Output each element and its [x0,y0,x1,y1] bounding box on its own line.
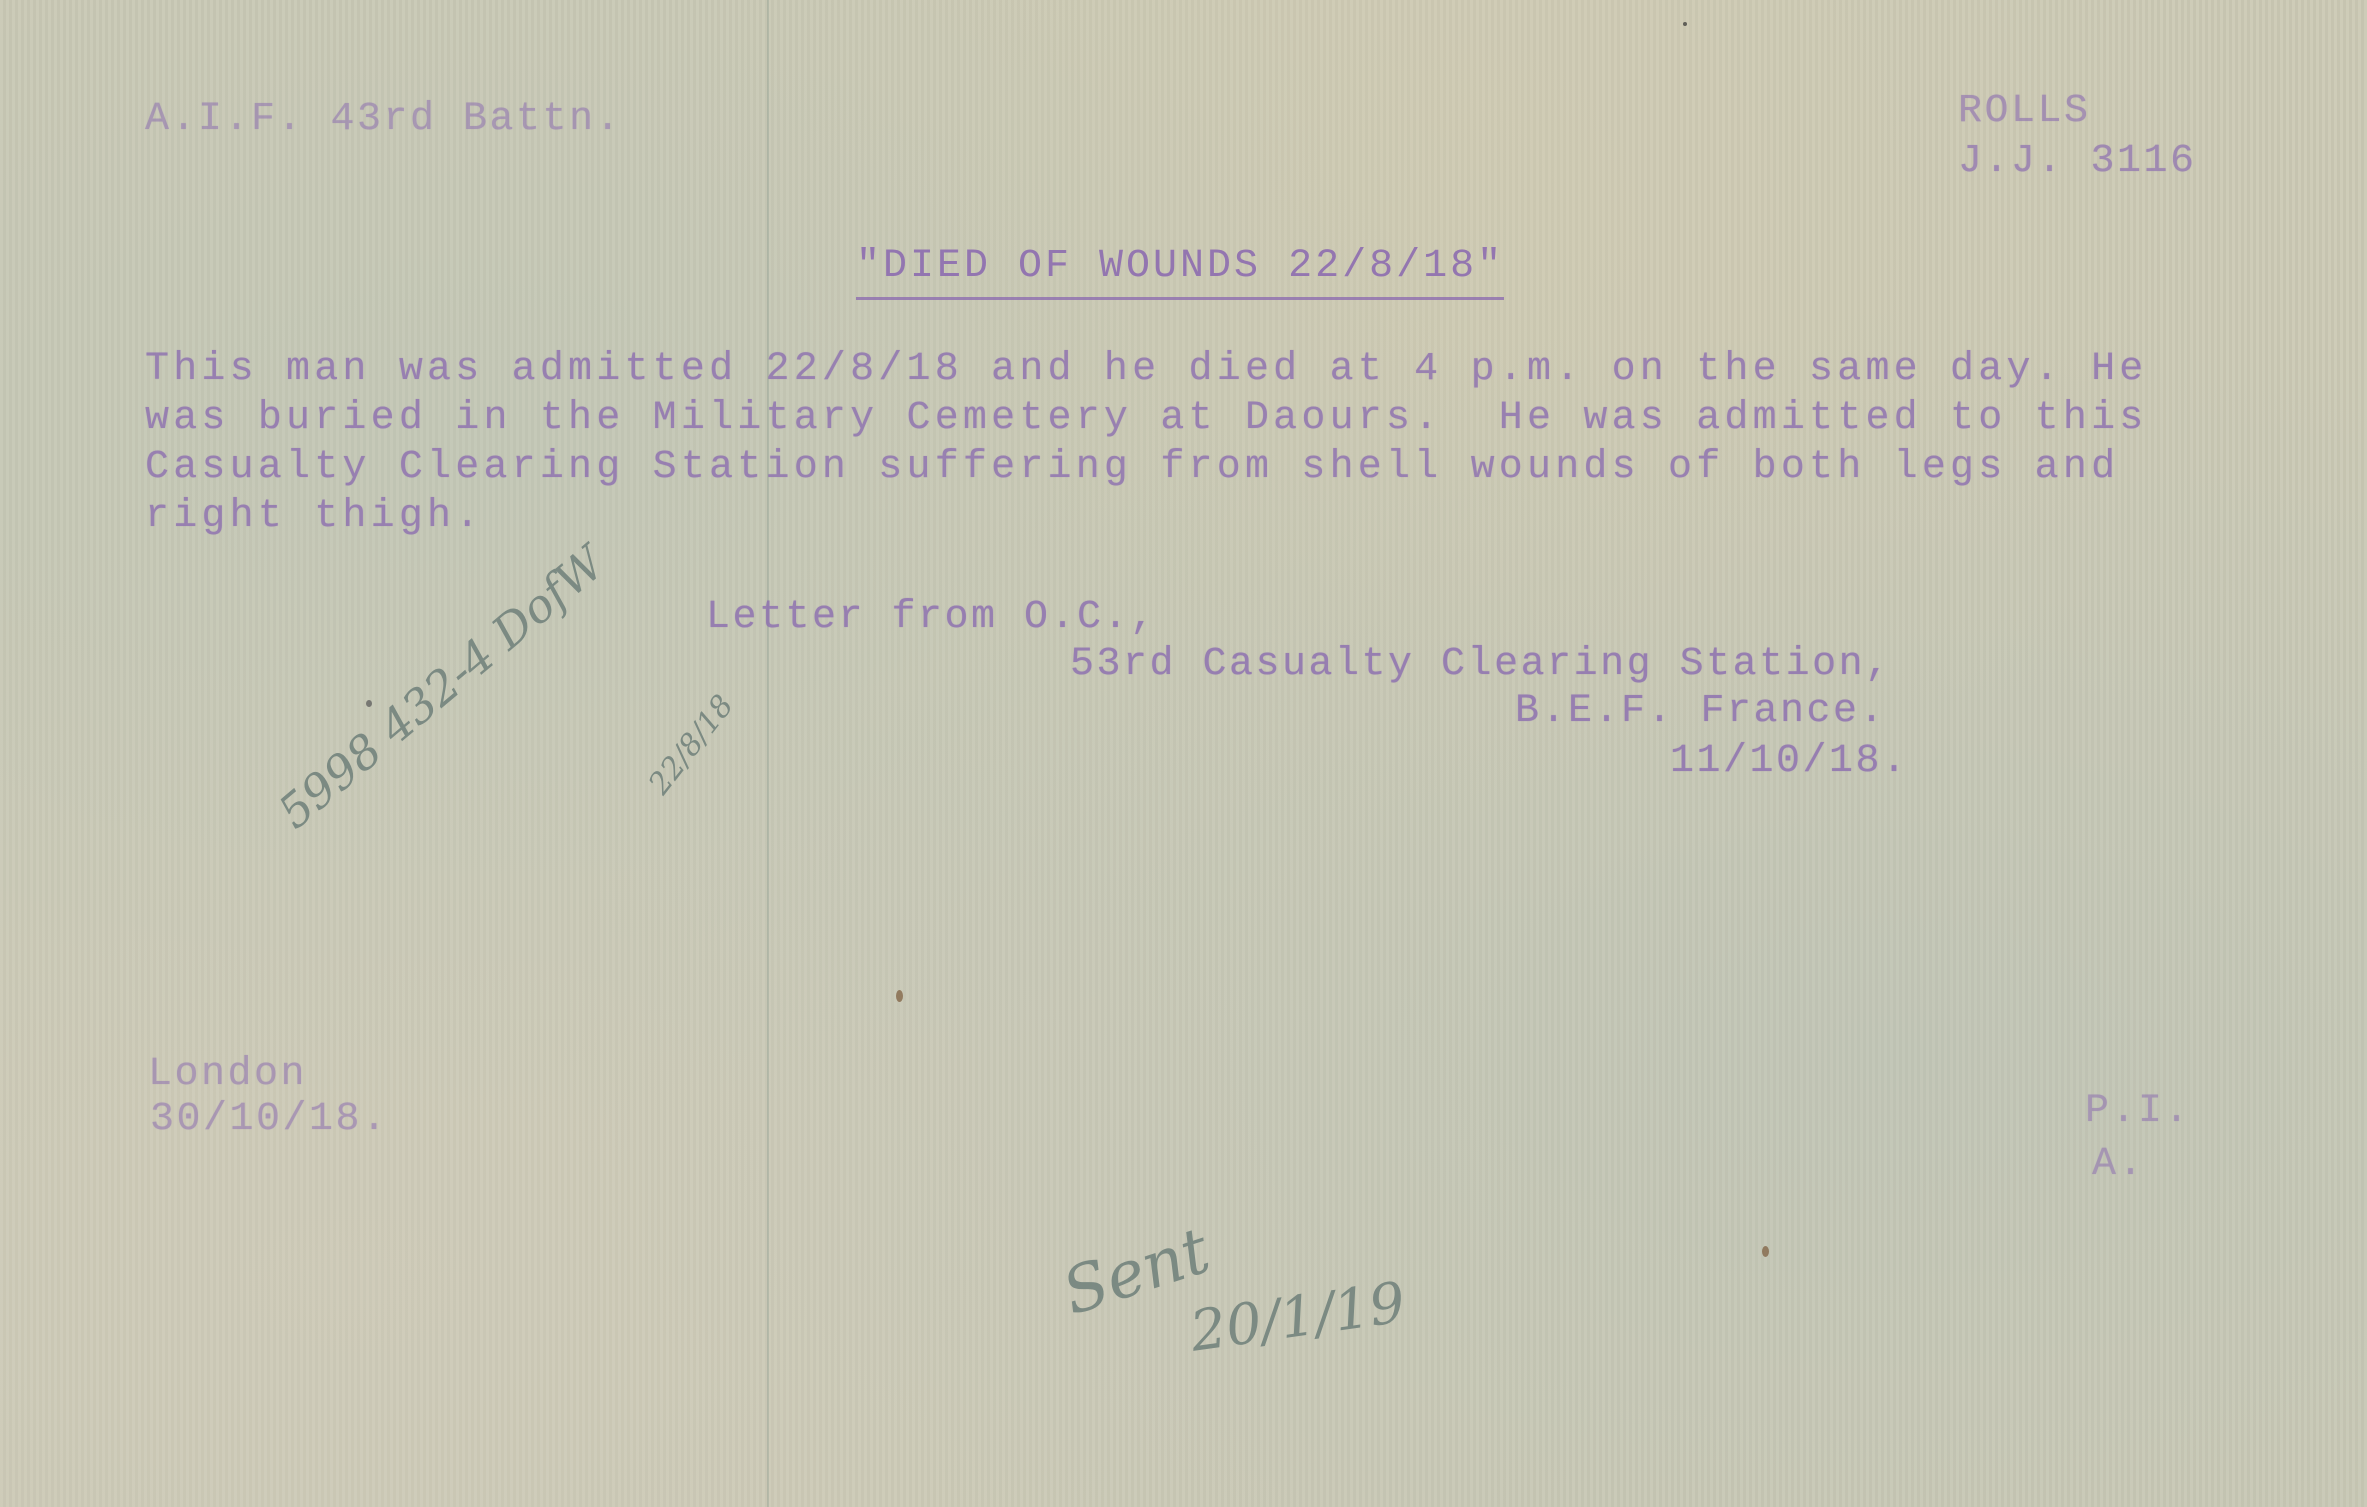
source-line-4: 11/10/18. [1670,742,1909,782]
service-number-label: J.J. 3116 [1958,142,2197,182]
footer-initials-1: P.I. [2085,1092,2191,1132]
handwritten-reference: 5998 432-4 DofW [270,539,612,836]
document-page: A.I.F. 43rd Battn. ROLLS J.J. 3116 "DIED… [0,0,2367,1507]
footer-initials-2: A. [2092,1145,2145,1185]
paper-spot [1683,22,1687,26]
sent-note-date: 20/1/19 [1187,1275,1409,1361]
body-line: This man was admitted 22/8/18 and he die… [145,345,2285,394]
handwritten-date: 22/8/18 [644,690,739,800]
paper-spot [1762,1246,1769,1257]
body-line: Casualty Clearing Station suffering from… [145,443,2285,492]
unit-label: A.I.F. 43rd Battn. [145,100,622,140]
source-line-3: B.E.F. France. [1515,692,1886,732]
document-title: "DIED OF WOUNDS 22/8/18" [856,244,1504,300]
fold-line [767,0,769,1507]
footer-place: London [148,1055,307,1095]
source-line-2: 53rd Casualty Clearing Station, [1070,645,1892,685]
footer-date: 30/10/18. [150,1100,389,1140]
paper-spot [366,700,372,707]
report-body: This man was admitted 22/8/18 and he die… [145,345,2285,541]
body-line: right thigh. [145,492,2285,541]
paper-spot [896,990,903,1002]
source-line-1: Letter from O.C., [706,598,1157,638]
surname-label: ROLLS [1958,92,2091,132]
body-line: was buried in the Military Cemetery at D… [145,394,2285,443]
